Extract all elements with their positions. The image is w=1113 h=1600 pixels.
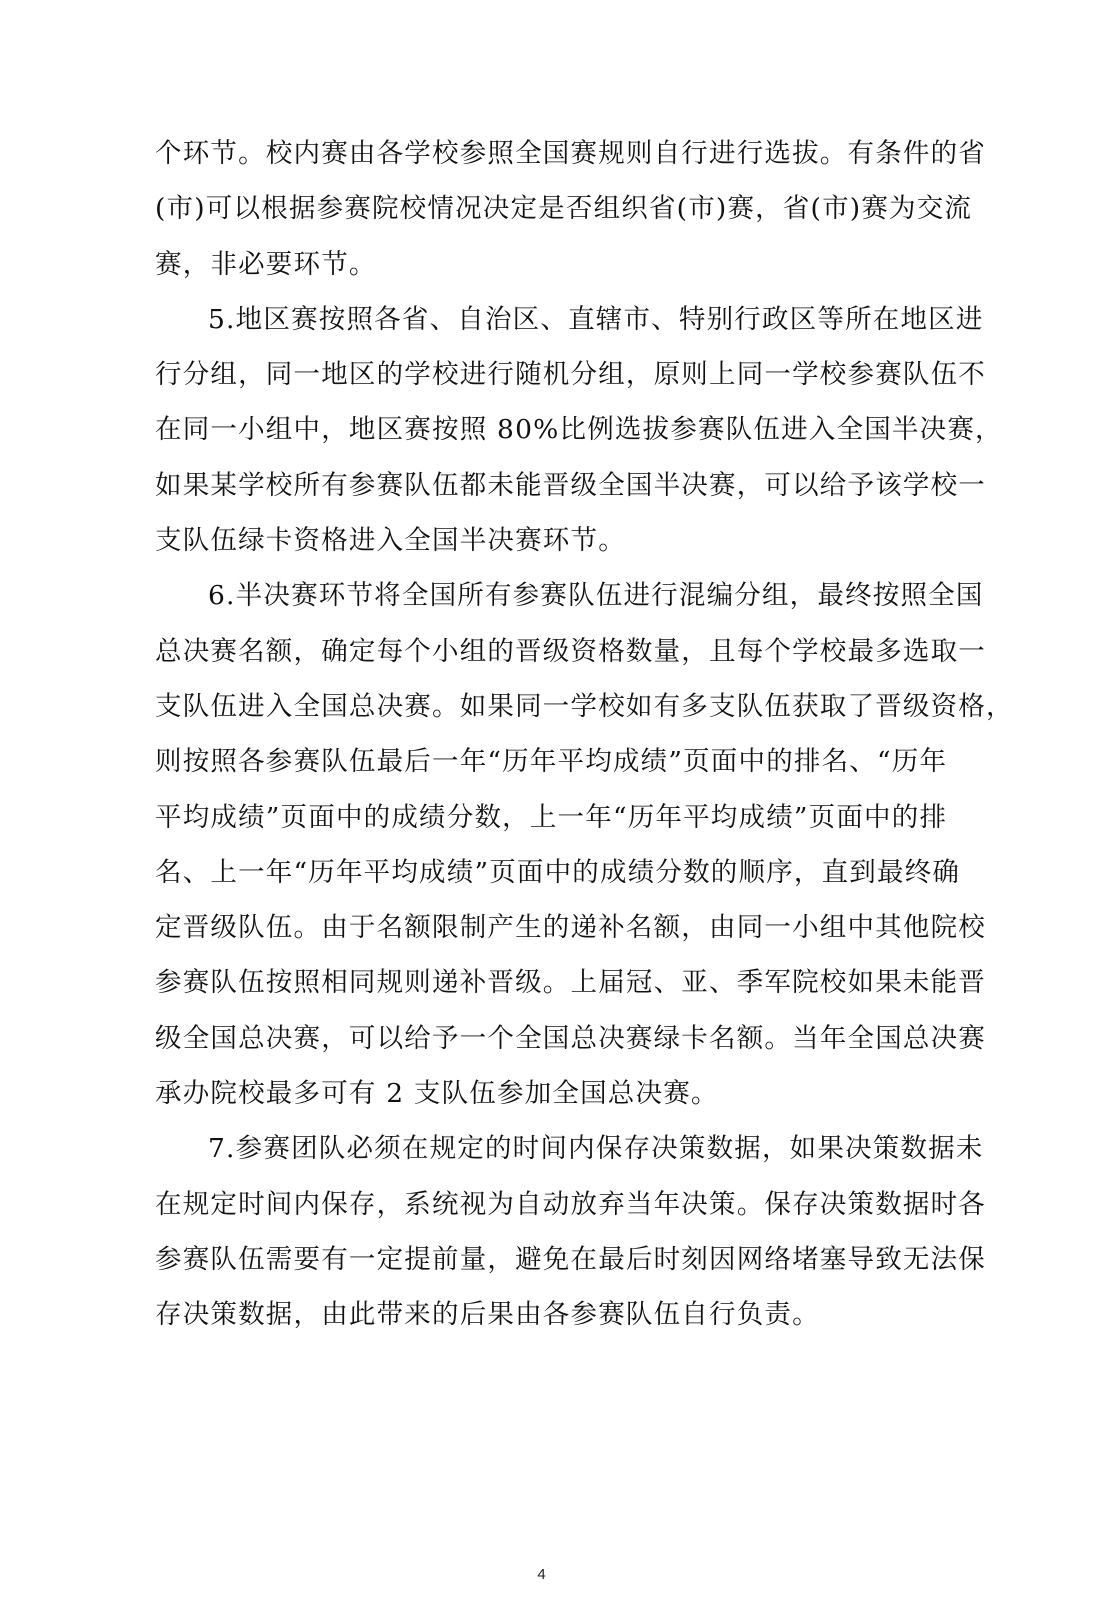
- text-line: 参赛队伍按照相同规则递补晋级。上届冠、亚、季军院校如果未能晋: [155, 955, 937, 1010]
- text-line: 赛，非必要环节。: [155, 237, 937, 292]
- text-line: 在同一小组中，地区赛按照 80%比例选拔参赛队伍进入全国半决赛，: [155, 402, 937, 457]
- text-line: 存决策数据，由此带来的后果由各参赛队伍自行负责。: [155, 1287, 937, 1342]
- text-line: 如果某学校所有参赛队伍都未能晋级全国半决赛，可以给予该学校一: [155, 458, 937, 513]
- text-line: 定晋级队伍。由于名额限制产生的递补名额，由同一小组中其他院校: [155, 900, 937, 955]
- text-line: 参赛队伍需要有一定提前量，避免在最后时刻因网络堵塞导致无法保: [155, 1232, 937, 1287]
- text-line: (市)可以根据参赛院校情况决定是否组织省(市)赛，省(市)赛为交流: [155, 181, 937, 236]
- text-line: 6.半决赛环节将全国所有参赛队伍进行混编分组，最终按照全国: [155, 568, 937, 623]
- document-page: 个环节。校内赛由各学校参照全国赛规则自行进行选拔。有条件的省 (市)可以根据参赛…: [0, 0, 1113, 1600]
- text-line: 在规定时间内保存，系统视为自动放弃当年决策。保存决策数据时各: [155, 1177, 937, 1232]
- text-line: 总决赛名额，确定每个小组的晋级资格数量，且每个学校最多选取一: [155, 624, 937, 679]
- page-number: 4: [0, 1566, 1083, 1583]
- text-line: 5.地区赛按照各省、自治区、直辖市、特别行政区等所在地区进: [155, 292, 937, 347]
- text-line: 名、上一年“历年平均成绩”页面中的成绩分数的顺序，直到最终确: [155, 845, 937, 900]
- text-line: 级全国总决赛，可以给予一个全国总决赛绿卡名额。当年全国总决赛: [155, 1011, 937, 1066]
- paragraph-item-6: 6.半决赛环节将全国所有参赛队伍进行混编分组，最终按照全国 总决赛名额，确定每个…: [155, 568, 937, 1121]
- paragraph-item-5: 5.地区赛按照各省、自治区、直辖市、特别行政区等所在地区进 行分组，同一地区的学…: [155, 292, 937, 568]
- text-line: 支队伍进入全国总决赛。如果同一学校如有多支队伍获取了晋级资格，: [155, 679, 937, 734]
- text-line: 7.参赛团队必须在规定的时间内保存决策数据，如果决策数据未: [155, 1121, 937, 1176]
- text-line: 则按照各参赛队伍最后一年“历年平均成绩”页面中的排名、“历年: [155, 734, 937, 789]
- text-line: 个环节。校内赛由各学校参照全国赛规则自行进行选拔。有条件的省: [155, 126, 937, 181]
- paragraph-item-7: 7.参赛团队必须在规定的时间内保存决策数据，如果决策数据未 在规定时间内保存，系…: [155, 1121, 937, 1342]
- body-text: 个环节。校内赛由各学校参照全国赛规则自行进行选拔。有条件的省 (市)可以根据参赛…: [155, 126, 937, 1343]
- paragraph-continued: 个环节。校内赛由各学校参照全国赛规则自行进行选拔。有条件的省 (市)可以根据参赛…: [155, 126, 937, 292]
- text-line: 平均成绩”页面中的成绩分数，上一年“历年平均成绩”页面中的排: [155, 790, 937, 845]
- text-line: 行分组，同一地区的学校进行随机分组，原则上同一学校参赛队伍不: [155, 347, 937, 402]
- text-line: 承办院校最多可有 2 支队伍参加全国总决赛。: [155, 1066, 937, 1121]
- text-line: 支队伍绿卡资格进入全国半决赛环节。: [155, 513, 937, 568]
